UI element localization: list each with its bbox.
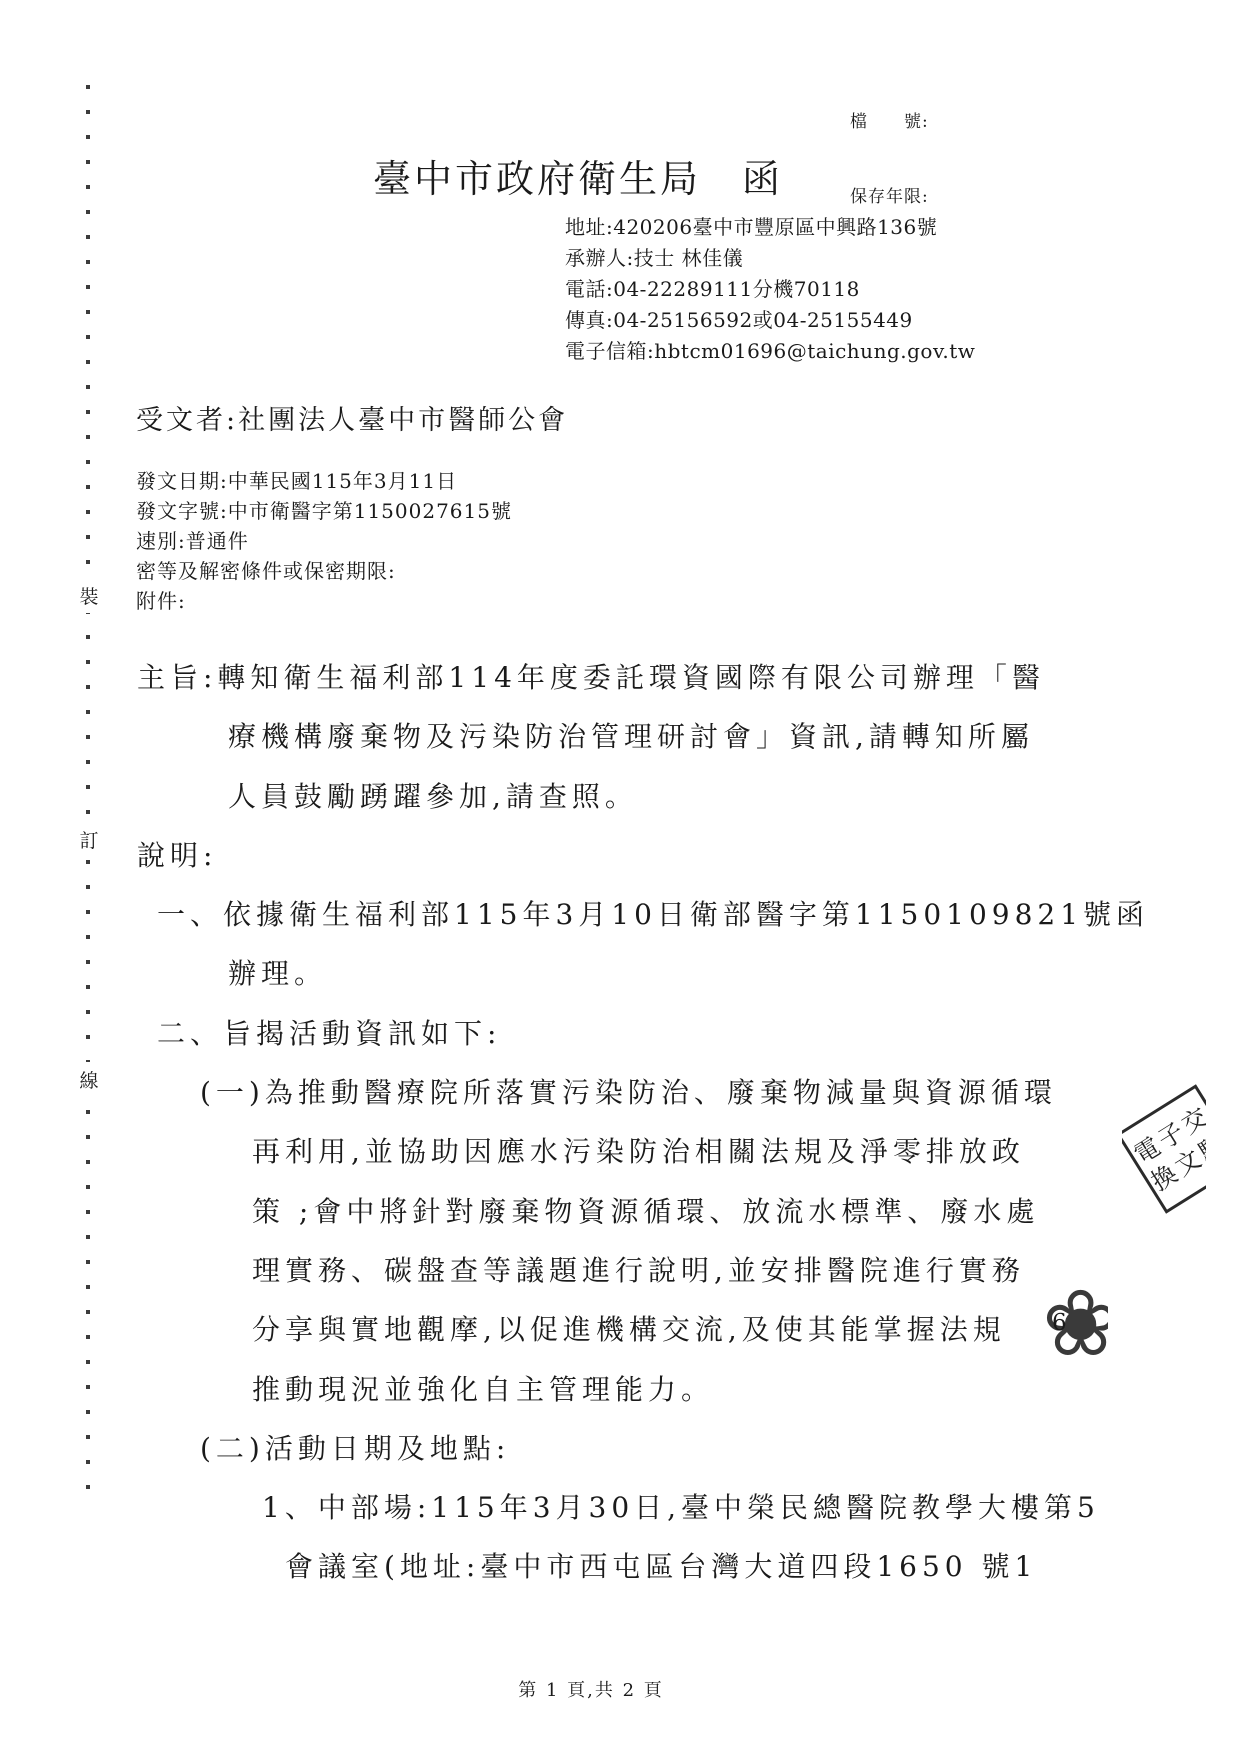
subject-line: 療機構廢棄物及污染防治管理研討會」資訊,請轉知所屬: [228, 707, 1240, 766]
issue-date-line: 發文日期:中華民國115年3月11日: [136, 466, 512, 496]
binding-mark-zhuang: 裝: [77, 578, 101, 613]
document-body: 主旨:轉知衛生福利部114年度委託環資國際有限公司辦理「醫 療機構廢棄物及污染防…: [0, 648, 1240, 1597]
contact-address: 地址:420206臺中市豐原區中興路136號: [565, 212, 975, 243]
list-item: 1、中部場:115年3月30日,臺中榮民總醫院教學大樓第5: [262, 1478, 1240, 1537]
list-item: 會議室(地址:臺中市西屯區台灣大道四段1650 號1: [285, 1537, 1240, 1596]
list-item: 一、依據衛生福利部115年3月10日衛部醫字第1150109821號函: [157, 885, 1240, 944]
binding-mark-ding: 訂: [77, 822, 101, 857]
subject-line: 人員鼓勵踴躍參加,請查照。: [228, 767, 1240, 826]
meta-block: 發文日期:中華民國115年3月11日 發文字號:中市衛醫字第1150027615…: [136, 466, 512, 616]
list-item: (二)活動日期及地點:: [200, 1419, 1240, 1478]
recipient-line: 受文者:社團法人臺中市醫師公會: [136, 398, 568, 437]
contact-block: 地址:420206臺中市豐原區中興路136號 承辦人:技士 林佳儀 電話:04-…: [565, 212, 975, 367]
binding-dotted-line: [86, 85, 90, 1507]
contact-person: 承辦人:技士 林佳儀: [565, 243, 975, 274]
doc-number-line: 發文字號:中市衛醫字第1150027615號: [136, 496, 512, 526]
security-line: 密等及解密條件或保密期限:: [136, 556, 512, 586]
attachment-line: 附件:: [136, 586, 512, 616]
document-page: 檔 號: 保存年限: 臺中市政府衛生局 函 地址:420206臺中市豐原區中興路…: [0, 0, 1240, 1754]
contact-fax: 傳真:04-25156592或04-25155449: [565, 305, 975, 336]
electronic-exchange-stamp-box: 電子交 換文騎: [1122, 1084, 1206, 1214]
side-page-number: 6: [1052, 1310, 1067, 1336]
list-item: 二、旨揭活動資訊如下:: [157, 1004, 1240, 1063]
file-number-label: 檔 號:: [850, 110, 929, 135]
speed-line: 速別:普通件: [136, 526, 512, 556]
list-item: 策 ;會中將針對廢棄物資源循環、放流水標準、廢水處: [252, 1182, 1240, 1241]
subject-line: 主旨:轉知衛生福利部114年度委託環資國際有限公司辦理「醫: [137, 648, 1240, 707]
contact-email: 電子信箱:hbtcm01696@taichung.gov.tw: [565, 336, 975, 367]
list-item: 辦理。: [228, 944, 1240, 1003]
explanation-heading: 說明:: [137, 826, 1240, 885]
contact-phone: 電話:04-22289111分機70118: [565, 274, 975, 305]
page-footer: 第 1 頁,共 2 頁: [0, 1676, 1182, 1702]
list-item: (一)為推動醫療院所落實污染防治、廢棄物減量與資源循環: [200, 1063, 1240, 1122]
binding-mark-xian: 線: [77, 1062, 101, 1097]
electronic-exchange-stamp: 電子交 換文騎: [1122, 1082, 1206, 1218]
document-title: 臺中市政府衛生局 函: [0, 148, 1156, 203]
list-item: 再利用,並協助因應水污染防治相關法規及淨零排放政: [252, 1122, 1240, 1181]
